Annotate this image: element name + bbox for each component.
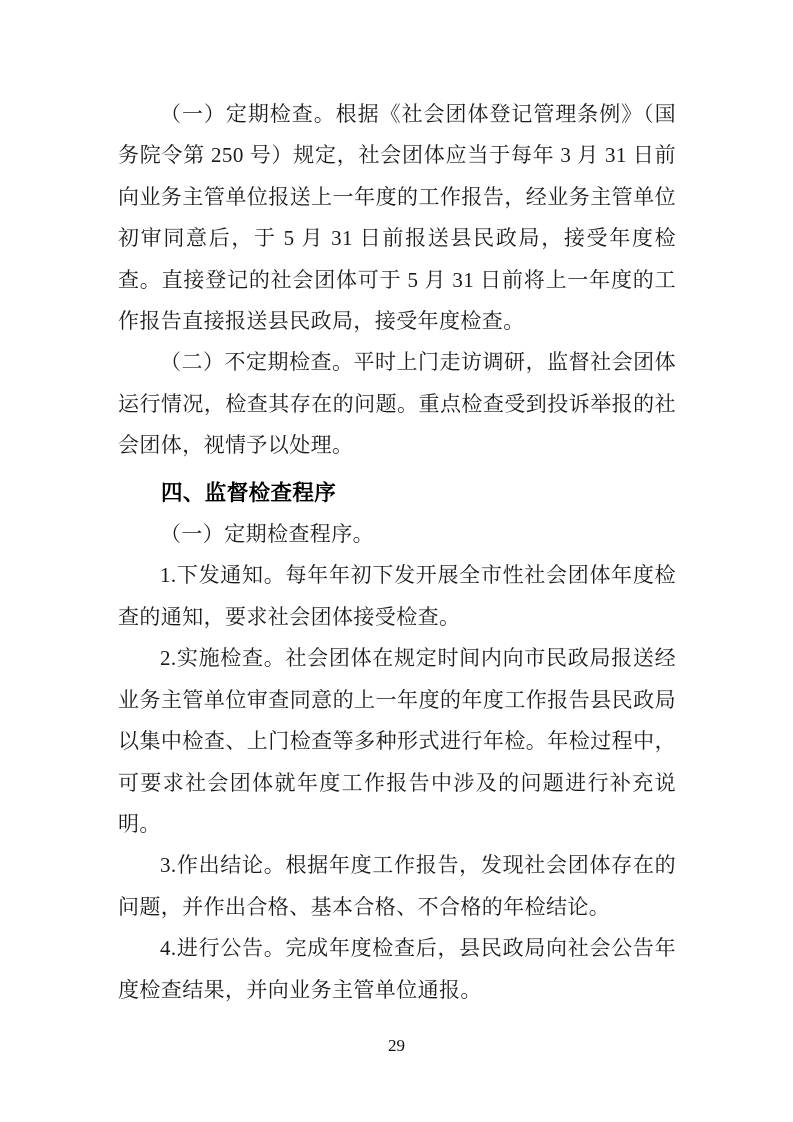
document-body: （一）定期检查。根据《社会团体登记管理条例》（国务院令第 250 号）规定，社会… xyxy=(118,94,676,1011)
paragraph-step3-make-conclusion: 3.作出结论。根据年度工作报告，发现社会团体存在的问题，并作出合格、基本合格、不… xyxy=(118,845,676,928)
paragraph-step1-issue-notice: 1.下发通知。每年年初下发开展全市性社会团体年度检查的通知，要求社会团体接受检查… xyxy=(118,555,676,638)
paragraph-step2-implement-inspection: 2.实施检查。社会团体在规定时间内向市民政局报送经业务主管单位审查同意的上一年度… xyxy=(118,638,676,845)
paragraph-periodic-procedure-title: （一）定期检查程序。 xyxy=(118,514,676,555)
document-page: （一）定期检查。根据《社会团体登记管理条例》（国务院令第 250 号）规定，社会… xyxy=(0,0,793,1122)
paragraph-step4-public-announcement: 4.进行公告。完成年度检查后，县民政局向社会公告年度检查结果，并向业务主管单位通… xyxy=(118,928,676,1011)
heading-supervision-inspection-procedure: 四、监督检查程序 xyxy=(118,473,676,514)
paragraph-periodic-inspection: （一）定期检查。根据《社会团体登记管理条例》（国务院令第 250 号）规定，社会… xyxy=(118,94,676,342)
paragraph-irregular-inspection: （二）不定期检查。平时上门走访调研，监督社会团体运行情况，检查其存在的问题。重点… xyxy=(118,342,676,466)
page-number: 29 xyxy=(0,1036,793,1056)
